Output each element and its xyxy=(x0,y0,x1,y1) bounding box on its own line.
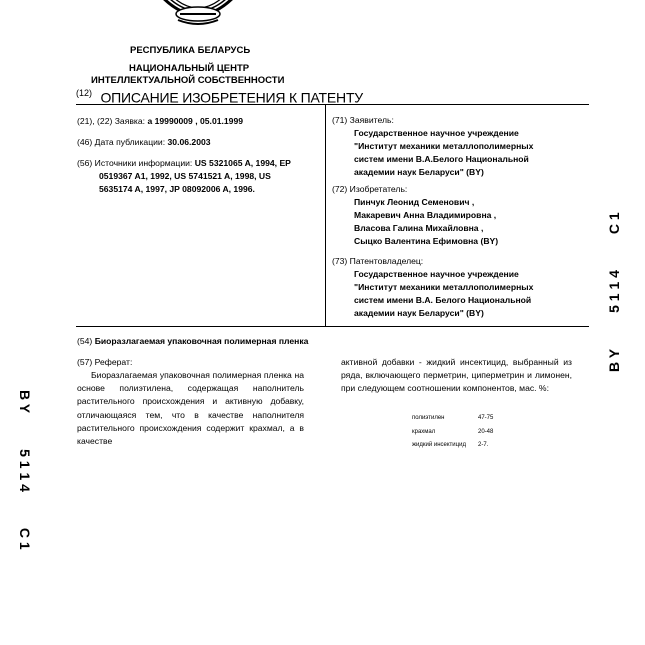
applicant-field: (71) Заявитель: Государственное научное … xyxy=(332,114,533,179)
application-field: (21), (22) Заявка: a 19990009 , 05.01.19… xyxy=(77,115,243,128)
abstract-label: (57) Реферат: xyxy=(77,356,132,369)
composition-row: крахмал20-48 xyxy=(412,426,493,440)
owner-field: (73) Патентовладелец: Государственное на… xyxy=(332,255,533,320)
center-heading-line2: ИНТЕЛЛЕКТУАЛЬНОЙ СОБСТВЕННОСТИ xyxy=(91,75,284,86)
patent-number-side-left: B Y5 1 1 4C 1 xyxy=(17,390,33,550)
country-heading: РЕСПУБЛИКА БЕЛАРУСЬ xyxy=(130,45,250,56)
document-code: (12) xyxy=(76,88,92,98)
abstract-column-1: Биоразлагаемая упаковочная полимерная пл… xyxy=(77,369,304,448)
invention-title: Биоразлагаемая упаковочная полимерная пл… xyxy=(95,336,309,346)
bibliography-divider xyxy=(76,326,589,327)
composition-row: полиэтилен47-75 xyxy=(412,412,493,426)
composition-table: полиэтилен47-75 крахмал20-48 жидкий инсе… xyxy=(412,412,493,453)
abstract-column-2: активной добавки - жидкий инсектицид, вы… xyxy=(341,356,572,396)
publication-field: (46) Дата публикации: 30.06.2003 xyxy=(77,136,211,149)
patent-number-side-right: B Y5 1 1 4C 1 xyxy=(606,212,622,372)
composition-row: жидкий инсектицид2-7. xyxy=(412,439,493,453)
inventors-field: (72) Изобретатель: Пинчук Леонид Семенов… xyxy=(332,183,498,248)
center-heading-line1: НАЦИОНАЛЬНЫЙ ЦЕНТР xyxy=(129,63,249,74)
state-emblem-icon xyxy=(138,0,258,30)
sources-field: (56) Источники информации: US 5321065 A,… xyxy=(77,157,322,196)
column-divider xyxy=(325,104,326,326)
document-title: ОПИСАНИЕ ИЗОБРЕТЕНИЯ К ПАТЕНТУ xyxy=(100,89,363,105)
invention-title-field: (54) Биоразлагаемая упаковочная полимерн… xyxy=(77,335,308,348)
title-divider xyxy=(76,104,589,105)
